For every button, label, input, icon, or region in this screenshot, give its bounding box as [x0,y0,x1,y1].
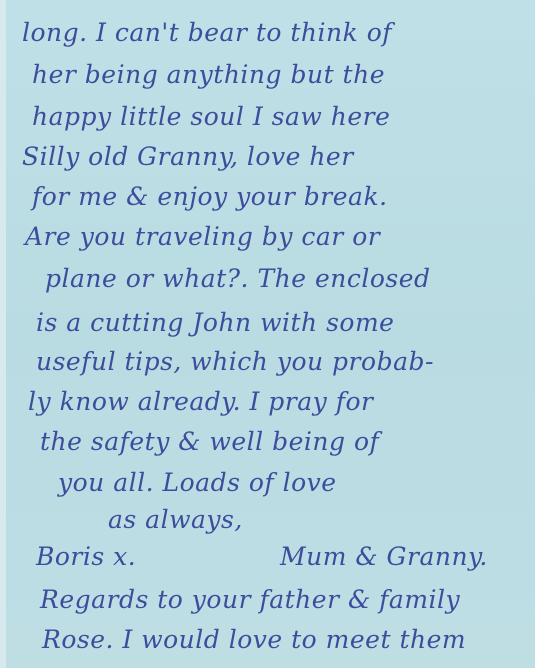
letter-line: is a cutting John with some [36,308,394,337]
signature-boris: Boris x. [36,542,136,571]
letter-line: her being anything but the [32,60,385,89]
letter-line: long. I can't bear to think of [22,18,392,47]
letter-line: for me & enjoy your break. [32,182,388,211]
letter-line: happy little soul I saw here [32,102,390,131]
letter-line: Rose. I would love to meet them [42,625,466,654]
letter-line: plane or what?. The enclosed [45,264,431,293]
letter-line: the safety & well being of [40,427,379,456]
letter-line: Silly old Granny, love her [22,142,354,171]
letter-line: as always, [108,505,243,534]
letter-line: useful tips, which you probab- [36,347,434,376]
paper-edge [0,0,6,668]
letter-line: you all. Loads of love [58,468,337,497]
signature-mum-granny: Mum & Granny. [280,542,488,571]
letter-line: Regards to your father & family [40,585,460,614]
letter-line: Are you traveling by car or [25,222,380,251]
letter-line: ly know already. I pray for [28,387,373,416]
